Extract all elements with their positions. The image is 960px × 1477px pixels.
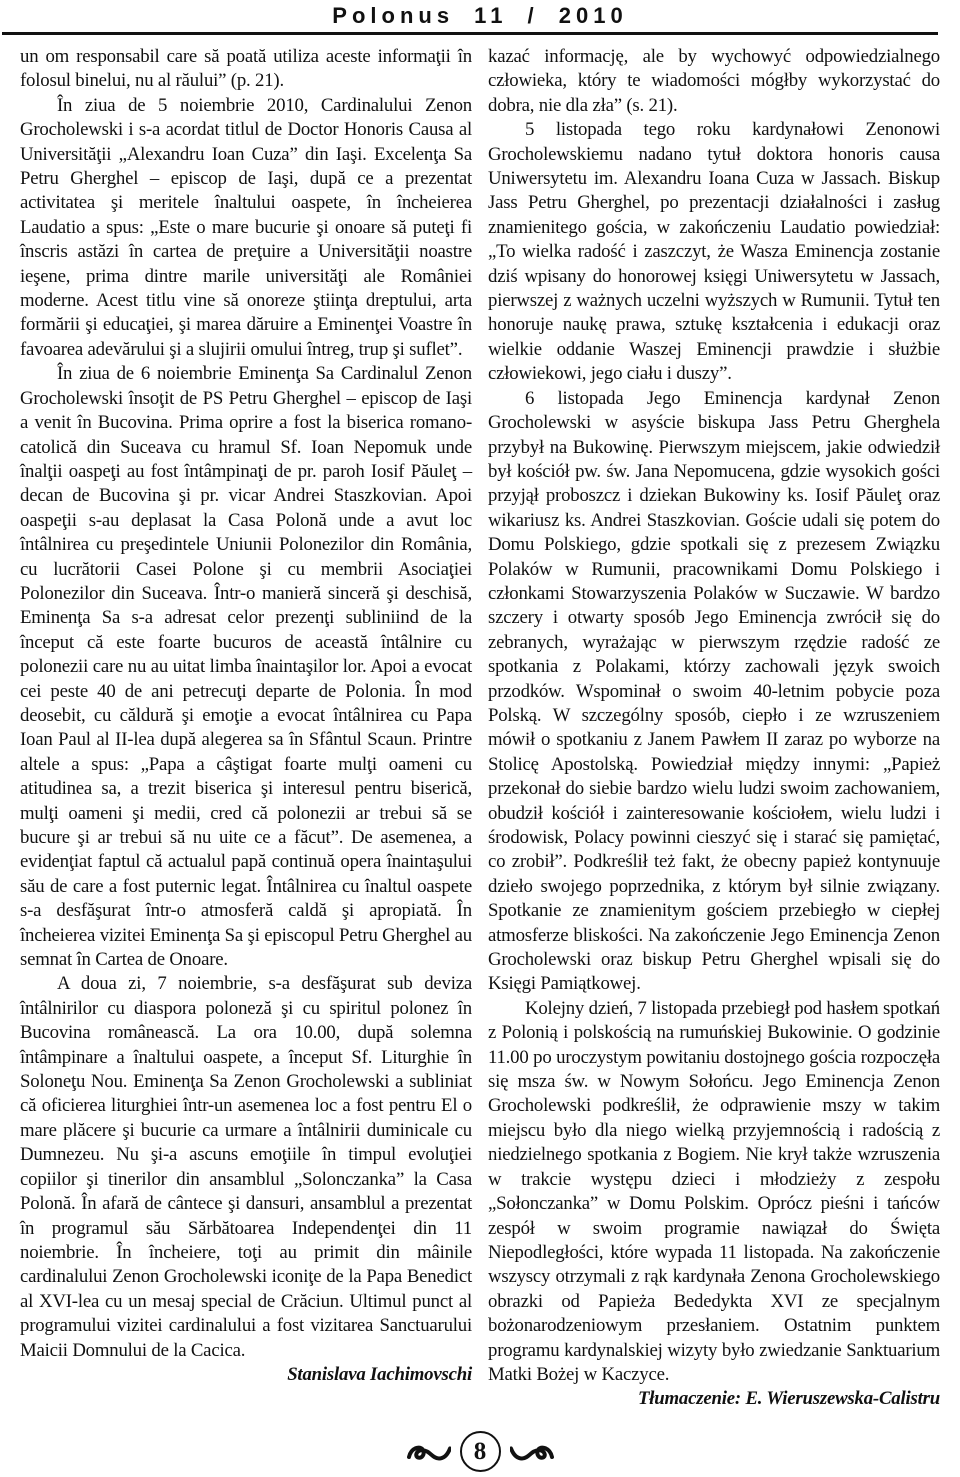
- two-column-body: un om responsabil care să poată utiliza …: [0, 35, 960, 1412]
- paragraph: A doua zi, 7 noiembrie, s-a desfăşurat s…: [20, 972, 472, 1363]
- column-right-polish: kazać informację, ale by wychowyć odpowi…: [488, 45, 940, 1412]
- fleuron-swash-left-icon: [407, 1440, 451, 1464]
- paragraph: Kolejny dzień, 7 listopada przebiegł pod…: [488, 997, 940, 1388]
- translator-signature: Tłumaczenie: E. Wieruszewska-Calistru: [488, 1387, 940, 1411]
- paragraph: 6 listopada Jego Eminencja kardynał Zeno…: [488, 387, 940, 997]
- paragraph: 5 listopada tego roku kardynałowi Zenono…: [488, 118, 940, 386]
- page-header-title: Polonus 11 / 2010: [0, 0, 960, 29]
- paragraph-continuation: un om responsabil care să poată utiliza …: [20, 45, 472, 94]
- column-left-romanian: un om responsabil care să poată utiliza …: [20, 45, 472, 1412]
- paragraph: În ziua de 6 noiembrie Eminenţa Sa Cardi…: [20, 362, 472, 972]
- paragraph-continuation: kazać informację, ale by wychowyć odpowi…: [488, 45, 940, 118]
- author-signature: Stanislava Iachimovschi: [20, 1363, 472, 1387]
- fleuron-swash-right-icon: [510, 1440, 554, 1464]
- paragraph: În ziua de 5 noiembrie 2010, Cardinalulu…: [20, 94, 472, 362]
- journal-page: Polonus 11 / 2010 un om responsabil care…: [0, 0, 960, 1477]
- page-number: 8: [474, 1438, 487, 1466]
- page-footer: 8: [0, 1431, 960, 1472]
- page-number-badge: 8: [460, 1431, 501, 1472]
